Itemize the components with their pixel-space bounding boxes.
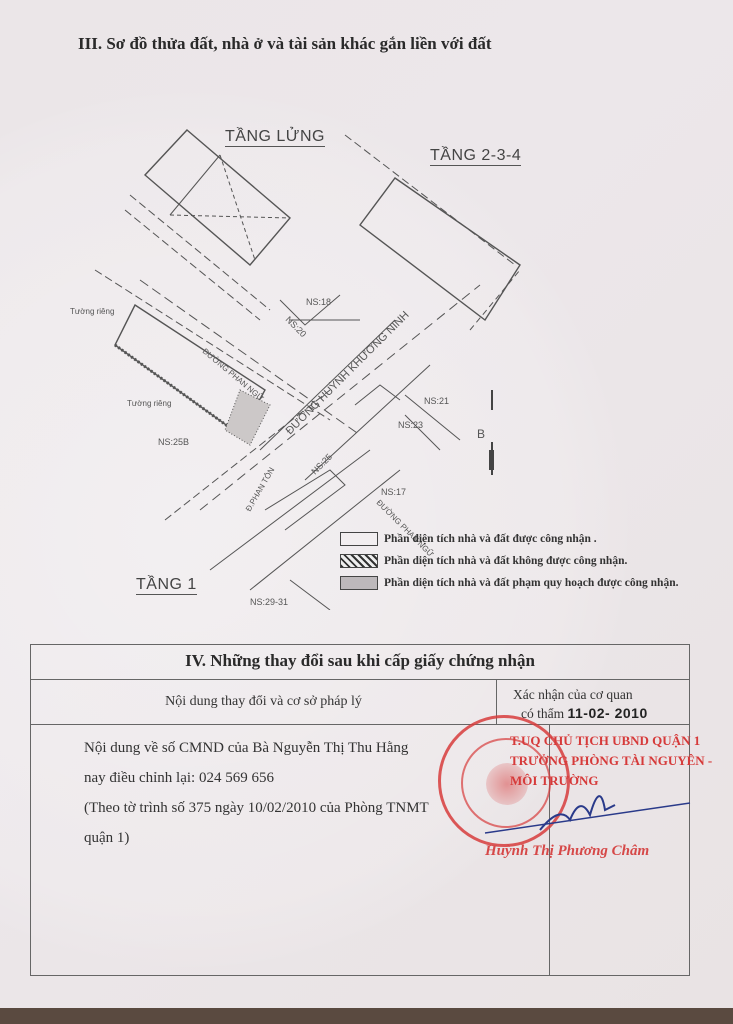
legend: Phần diện tích nhà và đất được công nhận… xyxy=(340,528,678,594)
lot-ns23: NS:23 xyxy=(398,420,423,430)
lot-ns20: NS:20 xyxy=(284,314,309,339)
table-header-row: Nội dung thay đổi và cơ sở pháp lý Xác n… xyxy=(31,680,689,725)
private-wall-label: Tường riêng xyxy=(70,307,114,316)
legend-text: Phần diện tích nhà và đất được công nhận… xyxy=(384,533,597,545)
signature-scribble xyxy=(470,775,700,835)
signer-title-line1: T.UQ CHỦ TỊCH UBND QUẬN 1 xyxy=(510,731,733,751)
legend-swatch-plain xyxy=(340,532,378,546)
legend-item: Phần diện tích nhà và đất phạm quy hoạch… xyxy=(340,572,678,594)
lot-ns25: NS:25 xyxy=(309,452,334,477)
floor-label-2-3-4: TẦNG 2-3-4 xyxy=(430,147,521,166)
floor-label-mezzanine: TẦNG LỬNG xyxy=(225,128,325,147)
legend-item: Phần diện tích nhà và đất không được côn… xyxy=(340,550,678,572)
legend-swatch-gray xyxy=(340,576,378,590)
legend-swatch-hatch xyxy=(340,554,378,568)
legend-text: Phần diện tích nhà và đất phạm quy hoạch… xyxy=(384,577,678,589)
signer-name: Huỳnh Thị Phương Châm xyxy=(485,843,649,860)
header-authority-confirmation: Xác nhận của cơ quan có thẩm 11-02- 2010 xyxy=(497,680,689,724)
lot-ns25b: NS:25B xyxy=(158,437,189,447)
header-authority-line1: Xác nhận của cơ quan xyxy=(513,686,689,704)
certificate-page: III. Sơ đồ thửa đất, nhà ở và tài sản kh… xyxy=(0,0,733,1008)
lot-ns18: NS:18 xyxy=(306,297,331,307)
confirmation-date: 11-02- 2010 xyxy=(568,705,648,721)
floor-label-1: TẦNG 1 xyxy=(136,576,197,595)
lot-ns17: NS:17 xyxy=(381,487,406,497)
section3-title: III. Sơ đồ thửa đất, nhà ở và tài sản kh… xyxy=(78,34,492,54)
street-phan-ngu-1: ĐƯỜNG PHAN NGỮ xyxy=(201,347,266,403)
section4-title: IV. Những thay đổi sau khi cấp giấy chứn… xyxy=(31,645,689,680)
lot-ns21: NS:21 xyxy=(424,396,449,406)
north-label: B xyxy=(477,427,485,441)
header-change-content: Nội dung thay đổi và cơ sở pháp lý xyxy=(31,680,497,724)
legend-text: Phần diện tích nhà và đất không được côn… xyxy=(384,555,627,567)
private-wall-label: Tường riêng xyxy=(127,399,171,408)
legend-item: Phần diện tích nhà và đất được công nhận… xyxy=(340,528,678,550)
lot-ns29-31: NS:29-31 xyxy=(250,597,288,607)
